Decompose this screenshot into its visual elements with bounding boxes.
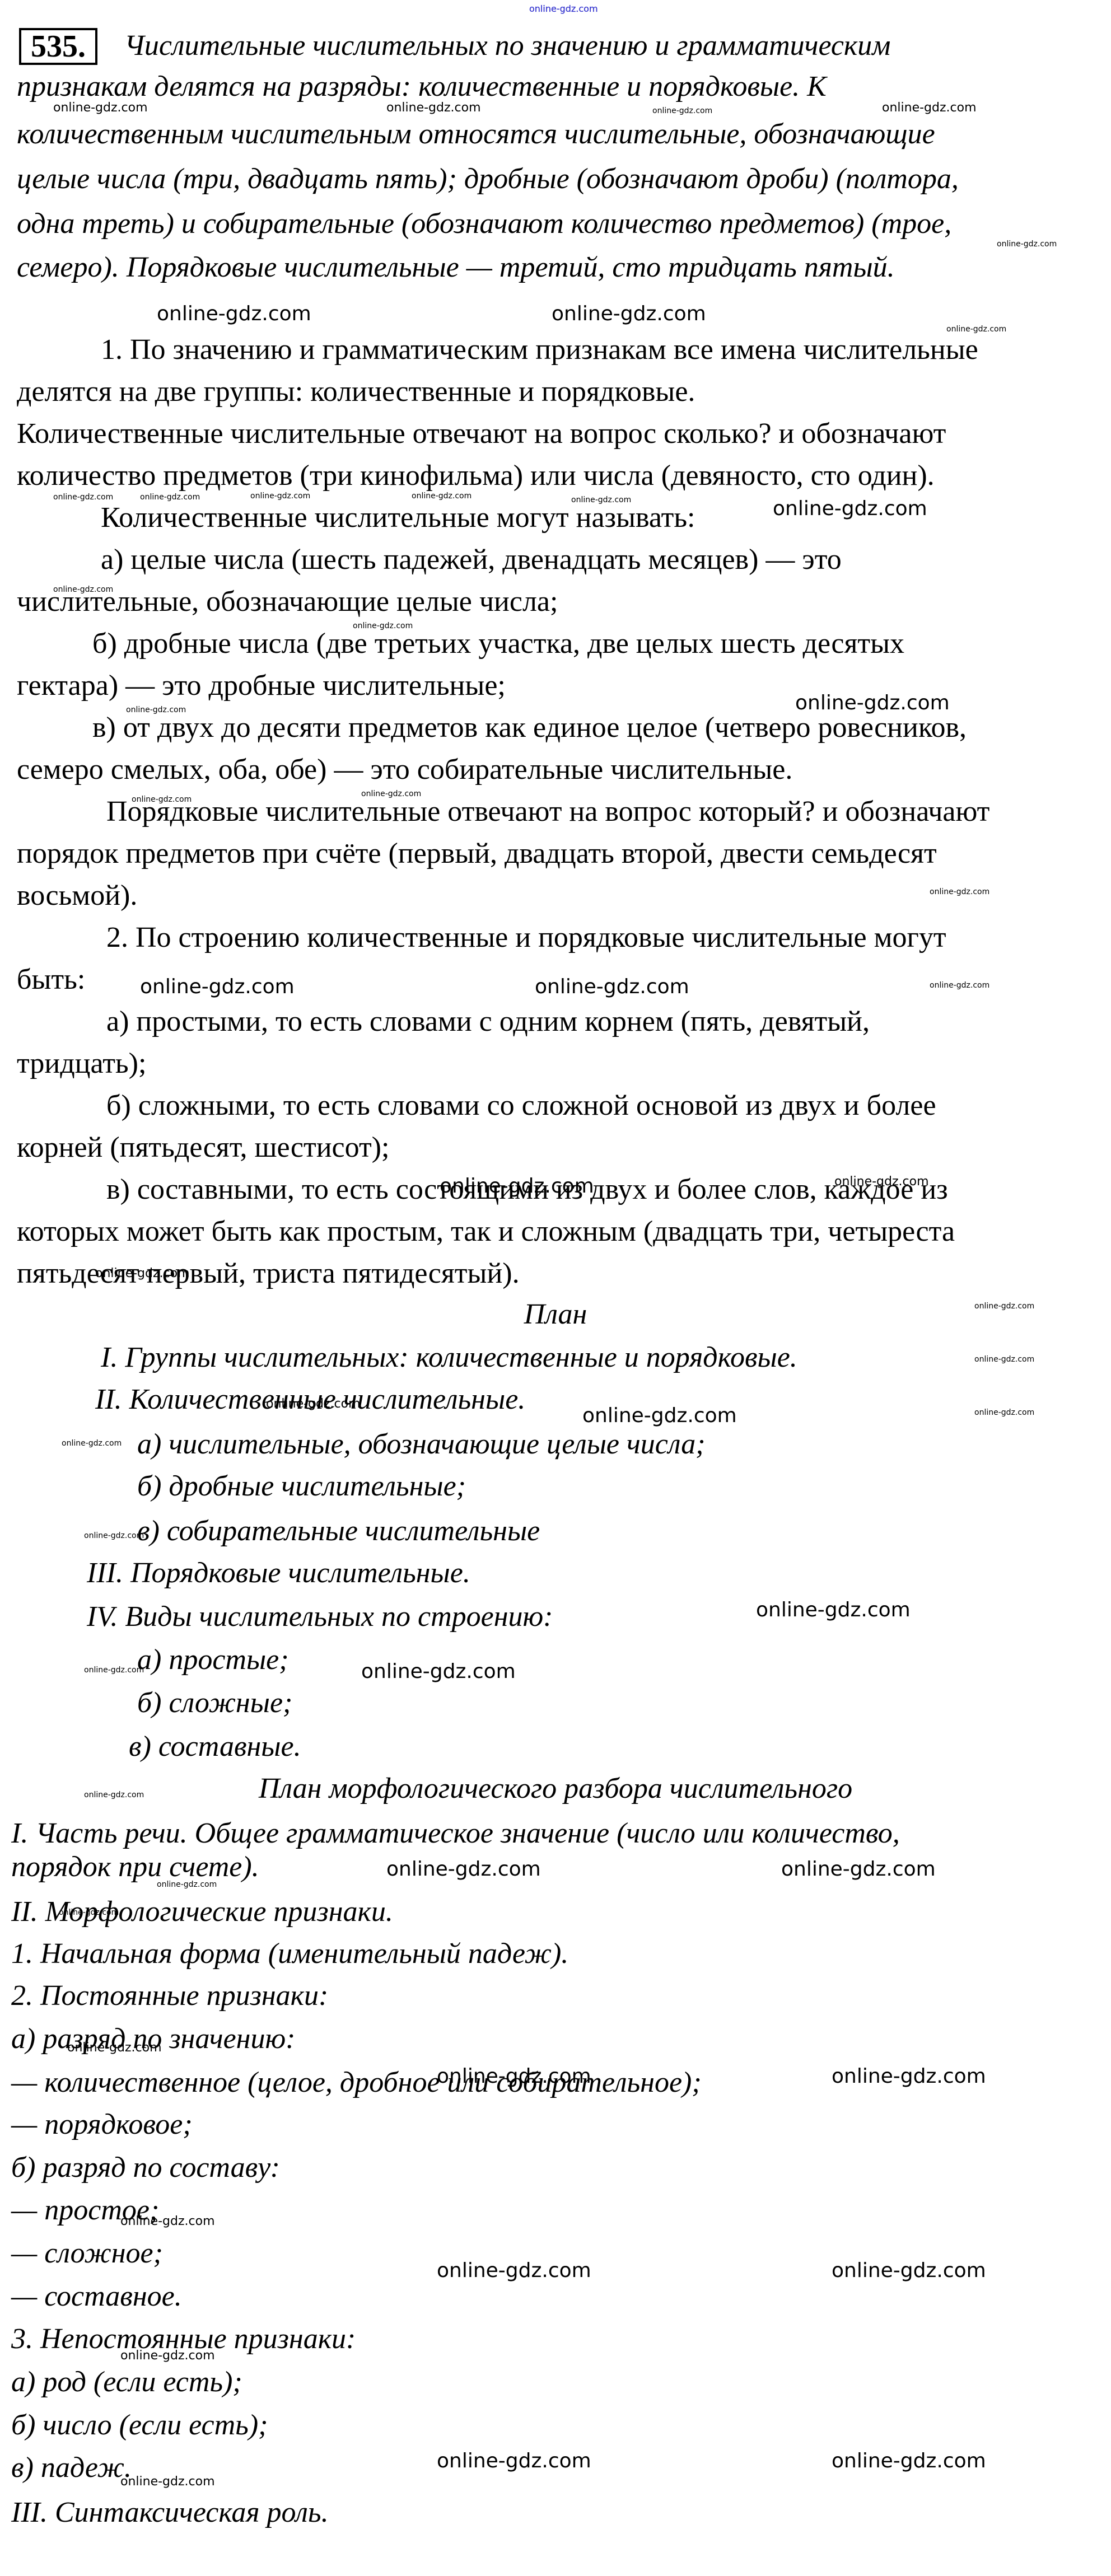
watermark: online-gdz.com xyxy=(132,795,192,804)
watermark: online-gdz.com xyxy=(361,789,421,798)
answer-line: 2. По строению количественные и порядков… xyxy=(106,921,946,955)
answer-line: восьмой). xyxy=(17,879,137,913)
watermark: online-gdz.com xyxy=(53,493,113,502)
watermark: online-gdz.com xyxy=(62,1439,122,1448)
watermark: online-gdz.com xyxy=(773,497,927,520)
task-line: признакам делятся на разряды: количестве… xyxy=(17,70,827,104)
watermark: online-gdz.com xyxy=(120,2349,215,2363)
answer-line: семеро смелых, оба, обе) — это собирател… xyxy=(17,753,792,787)
watermark: online-gdz.com xyxy=(157,302,311,325)
watermark: online-gdz.com xyxy=(59,1908,119,1917)
document-page: online-gdz.com 535. Числительные числите… xyxy=(0,0,1111,2576)
watermark: online-gdz.com xyxy=(795,691,950,714)
task-line: количественным числительным относятся чи… xyxy=(17,118,935,151)
watermark: online-gdz.com xyxy=(974,1408,1034,1417)
watermark: online-gdz.com xyxy=(84,1790,144,1799)
watermark: online-gdz.com xyxy=(386,101,481,115)
watermark: online-gdz.com xyxy=(67,2041,162,2055)
plan-item: а) числительные, обозначающие целые числ… xyxy=(137,1428,706,1461)
watermark: online-gdz.com xyxy=(535,975,689,998)
watermark: online-gdz.com xyxy=(756,1598,911,1621)
task-line: семеро). Порядковые числительные — трети… xyxy=(17,251,895,284)
morph-plan-item: 2. Постоянные признаки: xyxy=(11,1979,328,2013)
watermark: online-gdz.com xyxy=(53,585,113,594)
answer-line: делятся на две группы: количественные и … xyxy=(17,375,695,409)
plan-title: План xyxy=(0,1298,1111,1331)
watermark: online-gdz.com xyxy=(84,1531,144,1540)
watermark: online-gdz.com xyxy=(386,1858,541,1881)
watermark: online-gdz.com xyxy=(266,1397,361,1411)
answer-line: 1. По значению и грамматическим признака… xyxy=(101,333,978,367)
answer-line: количество предметов (три кинофильма) ил… xyxy=(17,459,935,493)
plan-item: а) простые; xyxy=(137,1643,289,1677)
watermark: online-gdz.com xyxy=(126,705,186,714)
plan-item: б) дробные числительные; xyxy=(137,1470,466,1503)
answer-line: корней (пятьдесят, шестисот); xyxy=(17,1131,389,1165)
watermark: online-gdz.com xyxy=(997,240,1057,249)
watermark: online-gdz.com xyxy=(882,101,977,115)
top-watermark: online-gdz.com xyxy=(529,3,598,14)
task-line: целые числа (три, двадцать пять); дробны… xyxy=(17,162,959,196)
answer-line: Порядковые числительные отвечают на вопр… xyxy=(106,795,989,829)
watermark: online-gdz.com xyxy=(53,101,148,115)
morph-plan-item: 1. Начальная форма (именительный падеж). xyxy=(11,1937,568,1971)
watermark: online-gdz.com xyxy=(440,1175,594,1198)
watermark: online-gdz.com xyxy=(652,106,712,115)
answer-line: быть: xyxy=(17,963,85,997)
answer-line: тридцать); xyxy=(17,1047,146,1081)
watermark: online-gdz.com xyxy=(781,1858,936,1881)
plan-item: IV. Виды числительных по строению: xyxy=(87,1600,553,1634)
watermark: online-gdz.com xyxy=(437,2065,591,2088)
watermark: online-gdz.com xyxy=(84,1666,144,1675)
plan-item: б) сложные; xyxy=(137,1686,292,1720)
watermark: online-gdz.com xyxy=(832,2065,986,2088)
watermark: online-gdz.com xyxy=(571,495,631,504)
watermark: online-gdz.com xyxy=(834,1175,929,1189)
watermark: online-gdz.com xyxy=(946,325,1006,334)
watermark: online-gdz.com xyxy=(832,2449,986,2472)
morph-plan-title: План морфологического разбора числительн… xyxy=(0,1772,1111,1806)
answer-line: Количественные числительные отвечают на … xyxy=(17,417,946,451)
task-line: одна треть) и собирательные (обозначают … xyxy=(17,207,951,241)
watermark: online-gdz.com xyxy=(974,1355,1034,1364)
answer-line: порядок предметов при счёте (первый, два… xyxy=(17,837,937,871)
watermark: online-gdz.com xyxy=(120,2214,215,2228)
answer-line: а) простыми, то есть словами с одним кор… xyxy=(106,1005,870,1039)
morph-plan-item: — сложное; xyxy=(11,2237,163,2270)
watermark: online-gdz.com xyxy=(140,975,295,998)
watermark: online-gdz.com xyxy=(140,493,200,502)
answer-line: пятьдесят первый, триста пятидесятый). xyxy=(17,1257,520,1291)
answer-line: а) целые числа (шесть падежей, двенадцат… xyxy=(101,543,842,577)
watermark: online-gdz.com xyxy=(552,302,706,325)
morph-plan-item: б) число (если есть); xyxy=(11,2409,268,2442)
watermark: online-gdz.com xyxy=(437,2259,591,2282)
answer-line: б) дробные числа (две третьих участка, д… xyxy=(92,627,904,661)
watermark: online-gdz.com xyxy=(832,2259,986,2282)
morph-plan-item: а) род (если есть); xyxy=(11,2365,242,2399)
exercise-number: 535. xyxy=(19,28,97,65)
answer-line: которых может быть как простым, так и сл… xyxy=(17,1215,955,1249)
watermark: online-gdz.com xyxy=(930,981,989,990)
answer-line: Количественные числительные могут называ… xyxy=(101,501,695,535)
morph-plan-item: в) падеж. xyxy=(11,2451,132,2485)
morph-plan-item: — составное. xyxy=(11,2280,182,2313)
watermark: online-gdz.com xyxy=(412,492,472,501)
answer-line: в) от двух до десяти предметов как едино… xyxy=(92,711,967,745)
watermark: online-gdz.com xyxy=(157,1880,217,1889)
watermark: online-gdz.com xyxy=(353,621,413,630)
watermark: online-gdz.com xyxy=(582,1404,737,1427)
morph-plan-item: III. Синтаксическая роль. xyxy=(11,2496,329,2530)
plan-item: III. Порядковые числительные. xyxy=(87,1556,470,1590)
morph-plan-item: порядок при счете). xyxy=(11,1850,259,1884)
watermark: online-gdz.com xyxy=(437,2449,591,2472)
watermark: online-gdz.com xyxy=(250,492,310,501)
watermark: online-gdz.com xyxy=(361,1660,516,1683)
plan-item: в) составные. xyxy=(129,1730,301,1764)
plan-item: в) собирательные числительные xyxy=(137,1514,540,1548)
plan-item: I. Группы числительных: количественные и… xyxy=(101,1341,797,1375)
watermark: online-gdz.com xyxy=(95,1266,190,1280)
answer-line: гектара) — это дробные числительные; xyxy=(17,669,506,703)
morph-plan-item: б) разряд по составу: xyxy=(11,2151,280,2185)
watermark: online-gdz.com xyxy=(120,2475,215,2489)
watermark: online-gdz.com xyxy=(974,1302,1034,1311)
morph-plan-item: — количественное (целое, дробное или соб… xyxy=(11,2066,702,2100)
answer-line: б) сложными, то есть словами со сложной … xyxy=(106,1089,936,1123)
task-line: Числительные числительных по значению и … xyxy=(124,29,890,63)
morph-plan-item: I. Часть речи. Общее грамматическое знач… xyxy=(11,1817,900,1850)
watermark: online-gdz.com xyxy=(930,887,989,896)
morph-plan-item: — порядковое; xyxy=(11,2108,193,2142)
